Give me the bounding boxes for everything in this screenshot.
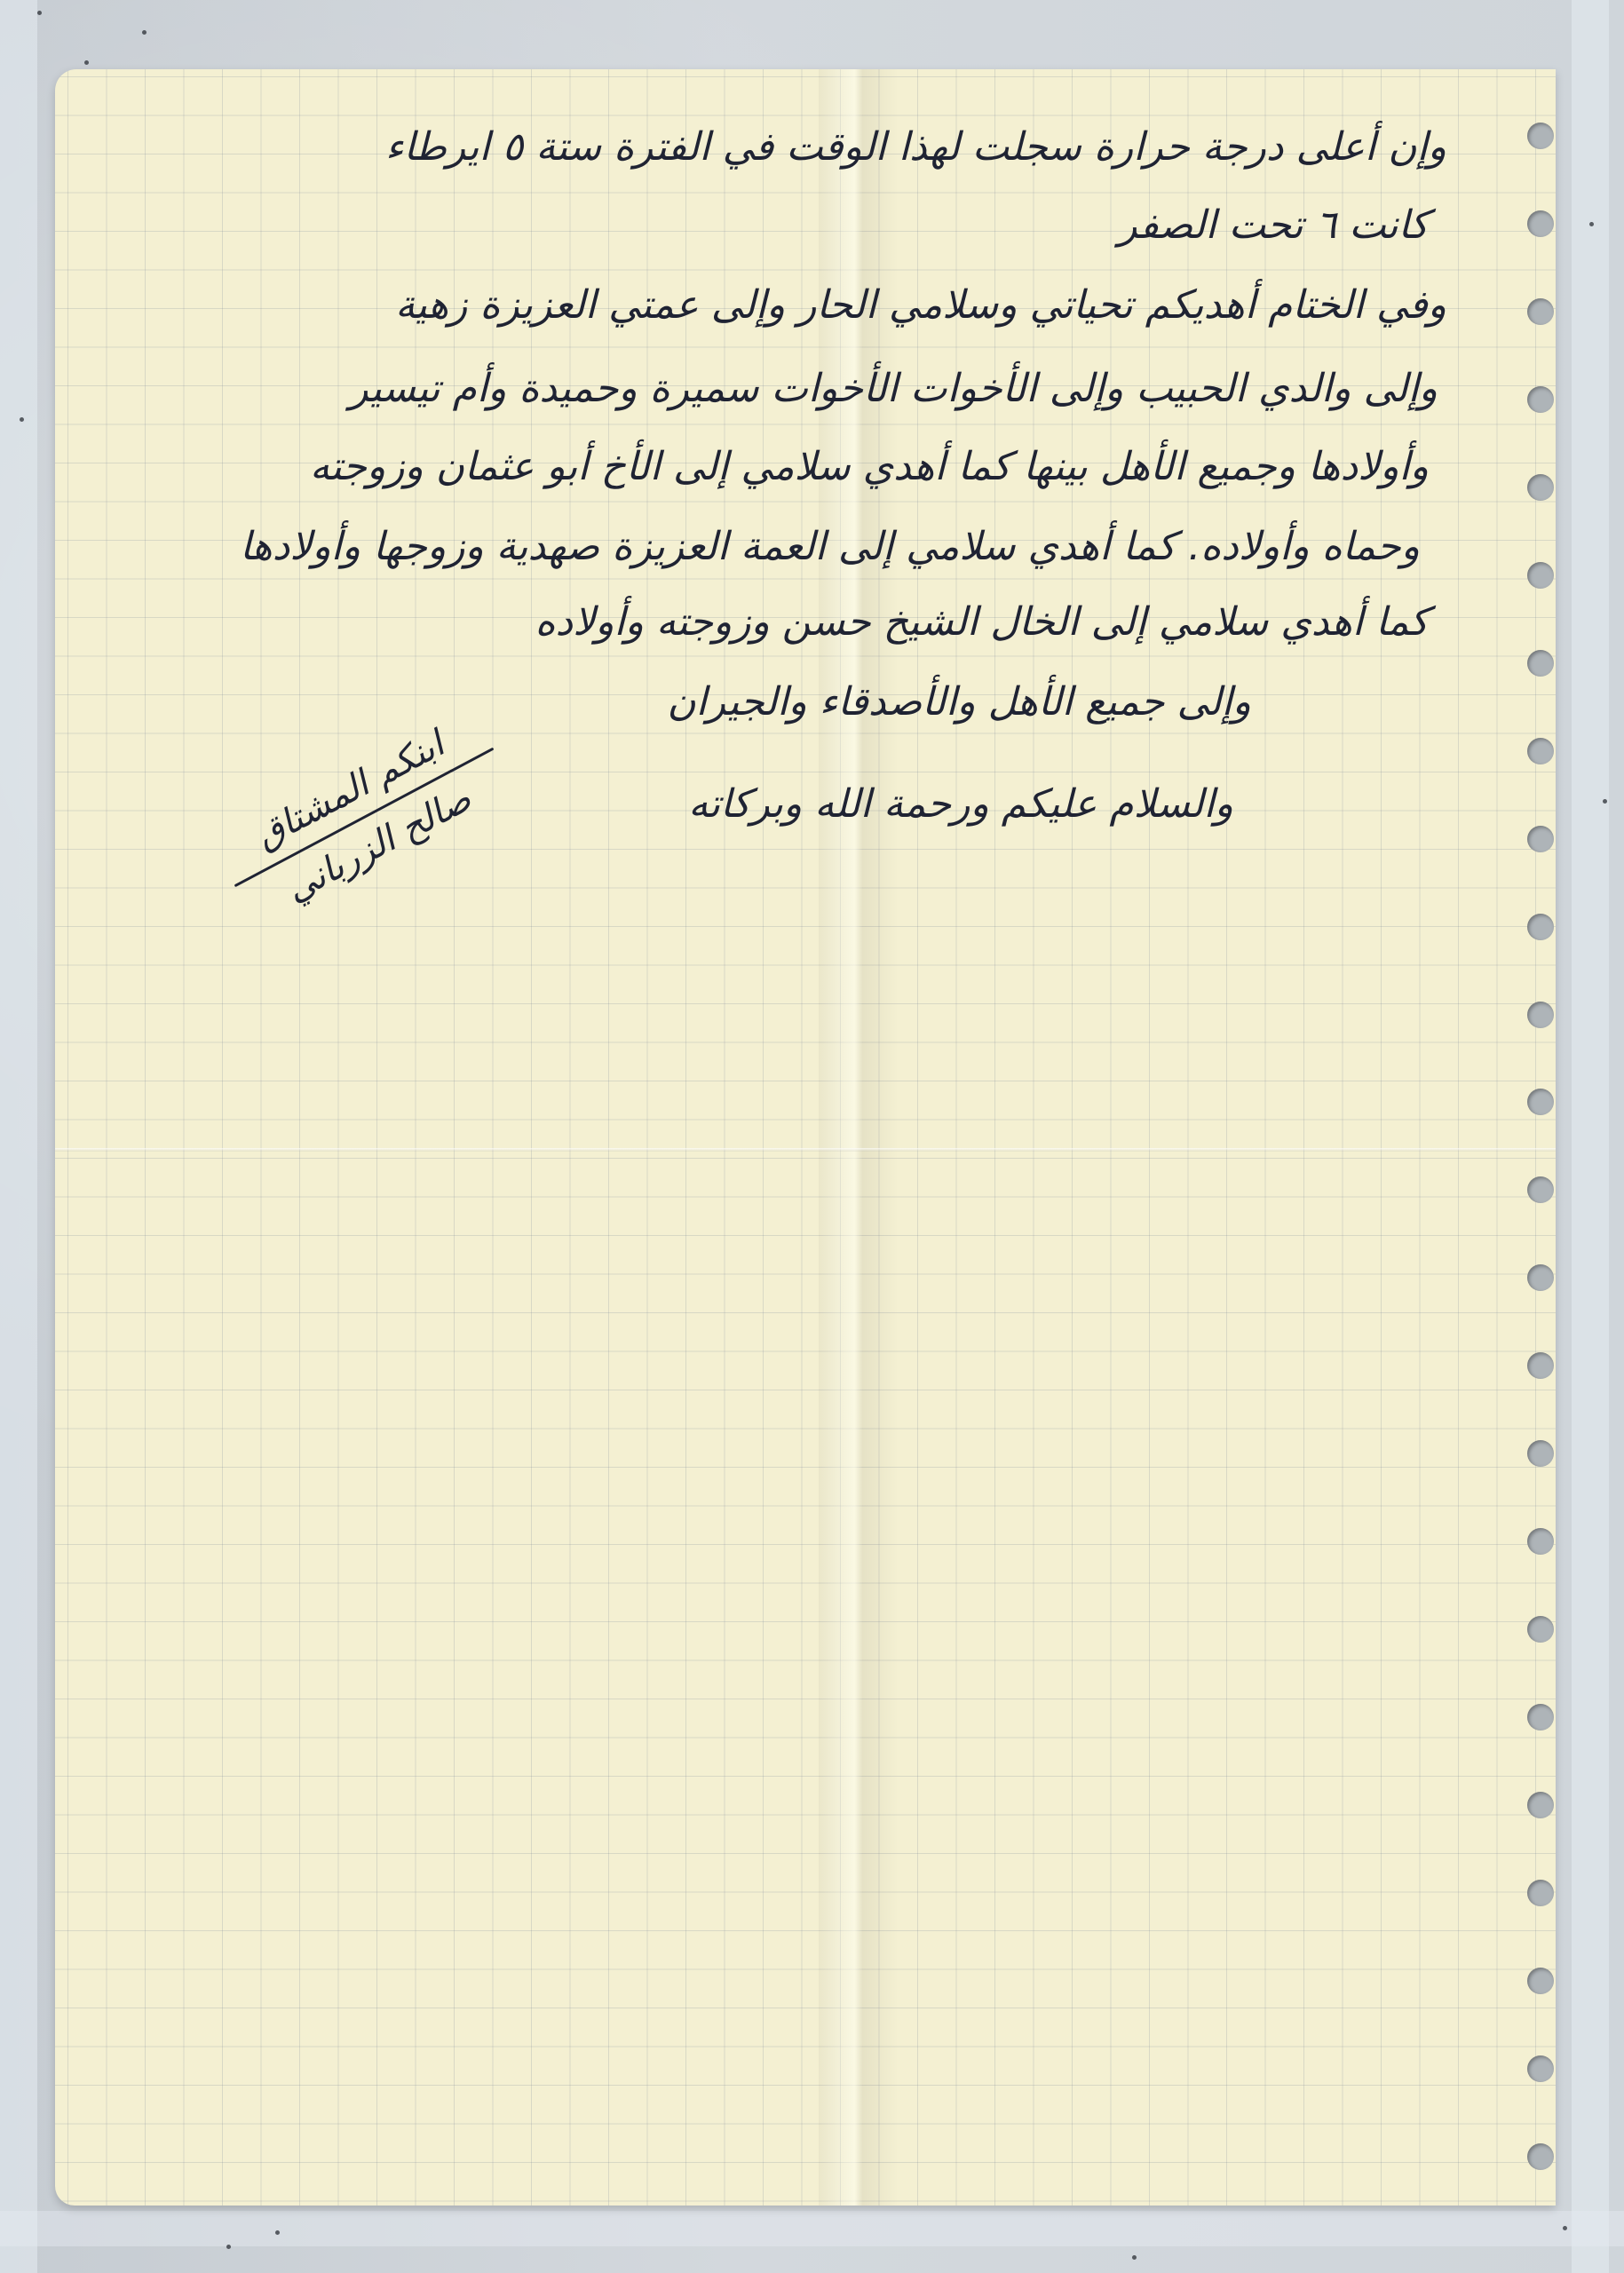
perforation-hole xyxy=(1527,1264,1554,1291)
speck xyxy=(37,11,42,15)
perforation-hole xyxy=(1527,298,1554,325)
speck xyxy=(1132,2255,1137,2260)
perforation-hole xyxy=(1527,650,1554,677)
perforation-hole xyxy=(1527,1968,1554,1994)
letter-line-2: كانت ٦ تحت الصفر xyxy=(1118,202,1429,248)
perforation-hole xyxy=(1527,1528,1554,1555)
speck xyxy=(84,60,89,65)
speck xyxy=(1603,799,1607,804)
perforation-hole xyxy=(1527,210,1554,237)
perforation-hole xyxy=(1527,914,1554,940)
perforation-hole xyxy=(1527,1352,1554,1379)
perforation-hole xyxy=(1527,1616,1554,1643)
letter-line-7: كما أهدي سلامي إلى الخال الشيخ حسن وزوجت… xyxy=(535,599,1430,645)
perforation-hole xyxy=(1527,123,1554,149)
perforation-hole xyxy=(1527,738,1554,764)
letter-closing: والسلام عليكم ورحمة الله وبركاته xyxy=(688,781,1233,827)
speck xyxy=(275,2230,280,2235)
letter-line-1: وإن أعلى درجة حرارة سجلت لهذا الوقت في ا… xyxy=(385,124,1446,170)
letter-line-6: وحماه وأولاده. كما أهدي سلامي إلى العمة … xyxy=(240,524,1420,569)
letter-line-3: وفي الختام أهديكم تحياتي وسلامي الحار وإ… xyxy=(395,282,1446,328)
speck xyxy=(20,417,24,422)
horizontal-fold-crease xyxy=(55,1148,1556,1152)
perforation-hole xyxy=(1527,474,1554,501)
perforation-hole xyxy=(1527,2143,1554,2170)
letter-line-4: وإلى والدي الحبيب وإلى الأخوات الأخوات س… xyxy=(349,366,1438,411)
letter-line-5: وأولادها وجميع الأهل بينها كما أهدي سلام… xyxy=(310,444,1429,489)
perforation-hole xyxy=(1527,1792,1554,1818)
perforation-hole xyxy=(1527,1176,1554,1203)
perforation-hole xyxy=(1527,1089,1554,1115)
speck xyxy=(1563,2226,1567,2230)
perforation-hole xyxy=(1527,1704,1554,1730)
tile-joint xyxy=(0,2211,1624,2246)
speck xyxy=(226,2245,231,2249)
perforation-hole xyxy=(1527,1880,1554,1906)
speck xyxy=(1589,222,1594,226)
perforation-hole xyxy=(1527,386,1554,413)
letter-line-8: وإلى جميع الأهل والأصدقاء والجيران xyxy=(667,679,1251,725)
tile-joint xyxy=(0,0,37,2273)
spiral-perforation-holes xyxy=(1520,123,1561,2170)
perforation-hole xyxy=(1527,1002,1554,1028)
tile-joint xyxy=(1572,0,1609,2273)
perforation-hole xyxy=(1527,2055,1554,2082)
perforation-hole xyxy=(1527,1440,1554,1467)
perforation-hole xyxy=(1527,562,1554,589)
speck xyxy=(142,30,147,35)
perforation-hole xyxy=(1527,826,1554,852)
